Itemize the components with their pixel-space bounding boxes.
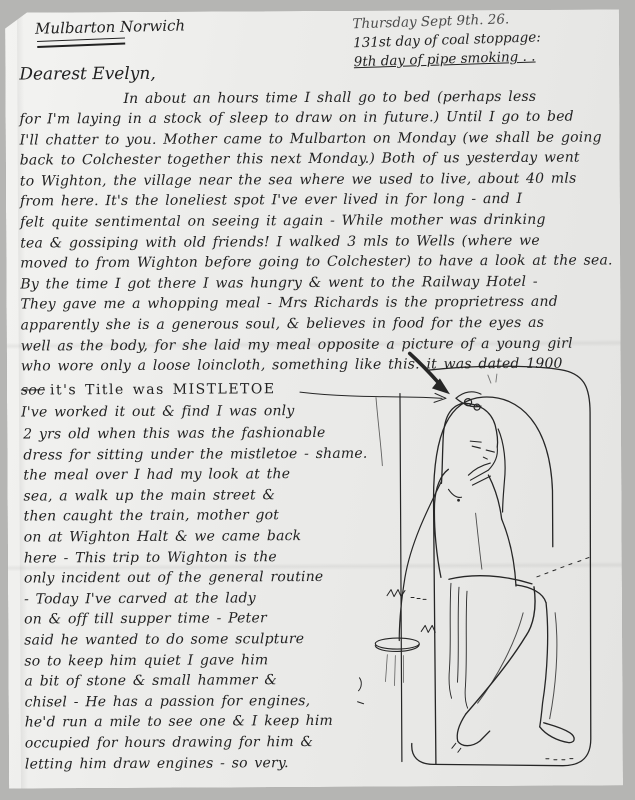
address-underline xyxy=(37,37,125,48)
bold-arrow xyxy=(410,353,450,394)
basin xyxy=(375,638,419,686)
sketch-frame xyxy=(376,366,592,767)
picture-title-line: socit's Title was MISTLETOE xyxy=(21,379,276,401)
letter-line: for I'm laying in a stock of sleep to dr… xyxy=(19,106,611,130)
mistletoe-sketch xyxy=(298,350,632,794)
salutation: Dearest Evelyn, xyxy=(19,64,156,85)
letter-line: moved to from Wighton before going to Co… xyxy=(20,251,612,275)
pointer-line xyxy=(300,391,446,403)
struck-word: soc xyxy=(21,382,45,398)
hatch-marks xyxy=(357,558,590,761)
letter-line: felt quite sentimental on seeing it agai… xyxy=(20,209,612,233)
letter-body-upper: for I'm laying in a stock of sleep to dr… xyxy=(19,106,613,377)
sender-address: Mulbarton Norwich xyxy=(35,16,185,37)
letter-line: apparently she is a generous soul, & bel… xyxy=(21,312,613,336)
letter-line: back to Colchester together this next Mo… xyxy=(20,148,612,172)
picture-title-text: it's Title was MISTLETOE xyxy=(50,381,276,398)
letter-line: to Wighton, the village near the sea whe… xyxy=(20,168,612,192)
letter-page: Mulbarton Norwich Thursday Sept 9th. 26.… xyxy=(5,9,623,788)
after-title-line: I've worked it out & find I was only xyxy=(21,401,294,423)
letter-header-right: Thursday Sept 9th. 26. 131st day of coal… xyxy=(352,9,541,72)
